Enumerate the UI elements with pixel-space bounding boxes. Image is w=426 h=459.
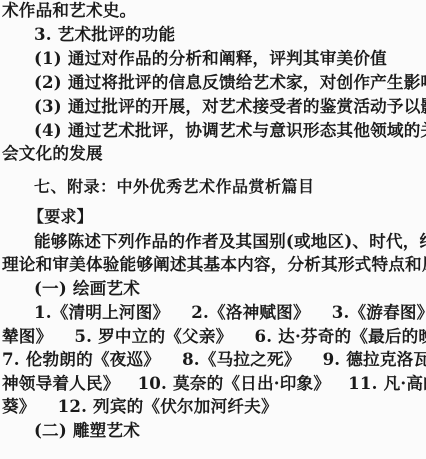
painting-item: 10. 莫奈的《日出·印象》 — [138, 373, 331, 393]
requirement-label: 【要求】 — [28, 207, 93, 227]
section-3-item-4: (4) 通过艺术批评，协调艺术与意识形态其他领域的关系，促进社 — [34, 120, 426, 140]
requirement-text-2: 理论和审美体验能够阐述其基本内容，分析其形式特点和风格。 — [2, 254, 426, 274]
requirement-text-1: 能够陈述下列作品的作者及其国别(或地区)、时代，结合个人所学 — [34, 231, 426, 251]
section-3-item-3: (3) 通过批评的开展，对艺术接受者的鉴赏活动予以影响和指导 — [34, 96, 426, 116]
painting-item: 7. 伦勃朗的《夜巡》 — [2, 349, 160, 369]
section-3-item-4-cont: 会文化的发展 — [2, 143, 103, 163]
painting-line-3: 7. 伦勃朗的《夜巡》8.《马拉之死》9. 德拉克洛瓦的《自由女 — [2, 349, 426, 369]
painting-item: 6. 达·芬奇的《最后的晚餐》 — [254, 326, 426, 346]
section-3-item-2: (2) 通过将批评的信息反馈给艺术家，对创作产生影响 — [34, 72, 426, 92]
sculpture-section-title: (二) 雕塑艺术 — [34, 420, 140, 440]
painting-item: 3.《游春图》 — [332, 302, 426, 322]
painting-line-2: 辇图》5. 罗中立的《父亲》6. 达·芬奇的《最后的晚餐》 — [2, 326, 426, 346]
appendix-heading: 七、附录：中外优秀艺术作品赏析篇目 — [34, 177, 315, 197]
painting-item: 神领导着人民》 — [2, 373, 120, 393]
intro-tail-text: 术作品和艺术史。 — [2, 0, 136, 20]
painting-line-4: 神领导着人民》10. 莫奈的《日出·印象》11. 凡·高的《向日 — [2, 373, 426, 393]
painting-line-1: 1.《清明上河图》2.《洛神赋图》3.《游春图》4.《步 — [34, 302, 426, 322]
painting-item: 辇图》 — [2, 326, 52, 346]
document-page: 术作品和艺术史。 3. 艺术批评的功能 (1) 通过对作品的分析和阐释，评判其审… — [0, 0, 426, 459]
section-3-title: 3. 艺术批评的功能 — [34, 24, 175, 44]
painting-section-title: (一) 绘画艺术 — [34, 278, 140, 298]
painting-item: 12. 列宾的《伏尔加河纤夫》 — [58, 396, 278, 416]
painting-item: 5. 罗中立的《父亲》 — [74, 326, 232, 346]
painting-item: 11. 凡·高的《向日 — [348, 373, 426, 393]
painting-item: 8.《马拉之死》 — [182, 349, 301, 369]
painting-line-5: 葵》12. 列宾的《伏尔加河纤夫》 — [2, 396, 278, 416]
painting-item: 9. 德拉克洛瓦的《自由女 — [323, 349, 426, 369]
painting-item: 1.《清明上河图》 — [34, 302, 169, 322]
painting-item: 葵》 — [2, 396, 36, 416]
section-3-item-1: (1) 通过对作品的分析和阐释，评判其审美价值 — [34, 48, 387, 68]
painting-item: 2.《洛神赋图》 — [191, 302, 310, 322]
